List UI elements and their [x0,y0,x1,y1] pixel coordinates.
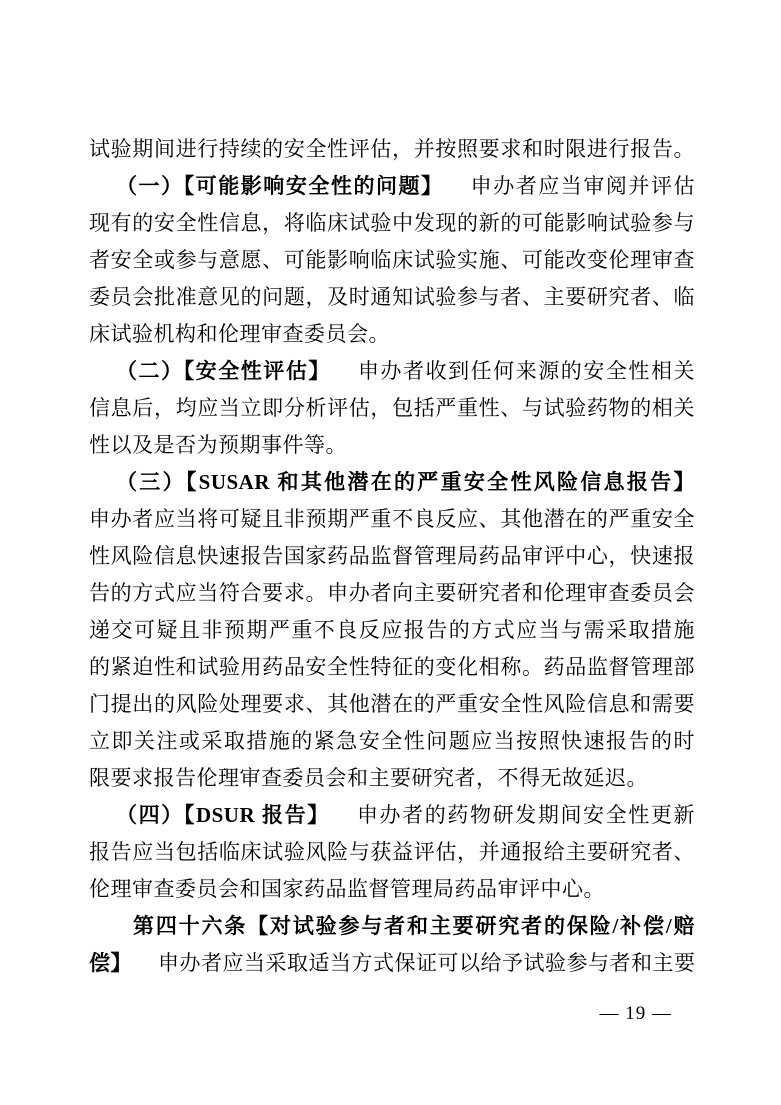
text-line: 委员会批准意见的问题，及时通知试验参与者、主要研究者、临 [89,279,695,316]
body-text: 申办者收到任何来源的安全性相关 [357,359,695,383]
text-line: 性以及是否为预期事件等。 [89,427,695,464]
text-line: 立即关注或采取措施的紧急安全性问题应当按照快速报告的时 [89,723,695,760]
text-line: 申办者应当将可疑且非预期严重不良反应、其他潜在的严重安全 [89,501,695,538]
text-line: 第四十六条【对试验参与者和主要研究者的保险/补偿/赔 [89,908,695,945]
text-line: 试验期间进行持续的安全性评估，并按照要求和时限进行报告。 [89,131,695,168]
body-text: 申办者应当审阅并评估 [470,174,695,198]
text-line: 者安全或参与意愿、可能影响临床试验实施、可能改变伦理审查 [89,242,695,279]
text-line: 现有的安全性信息，将临床试验中发现的新的可能影响试验参与 [89,205,695,242]
text-line: 门提出的风险处理要求、其他潜在的严重安全性风险信息和需要 [89,686,695,723]
section-heading-3: （三）【SUSAR 和其他潜在的严重安全性风险信息报告】 [116,470,695,494]
body-text: 申办者的药物研发期间安全性更新 [356,803,695,827]
document-text-block: 试验期间进行持续的安全性评估，并按照要求和时限进行报告。 （一）【可能影响安全性… [89,131,695,982]
text-line: 床试验机构和伦理审查委员会。 [89,316,695,353]
page-number: — 19 — [600,1001,673,1027]
section-heading-4: （四）【DSUR 报告】 [116,803,330,827]
text-line: （四）【DSUR 报告】申办者的药物研发期间安全性更新 [89,797,695,834]
text-line: 限要求报告伦理审查委员会和主要研究者，不得无故延迟。 [89,760,695,797]
text-line: 偿】申办者应当采取适当方式保证可以给予试验参与者和主要 [89,945,695,982]
text-line: （三）【SUSAR 和其他潜在的严重安全性风险信息报告】 [89,464,695,501]
text-line: （二）【安全性评估】申办者收到任何来源的安全性相关 [89,353,695,390]
section-heading-1: （一）【可能影响安全性的问题】 [116,174,444,198]
text-line: 伦理审查委员会和国家药品监督管理局药品审评中心。 [89,871,695,908]
text-line: 性风险信息快速报告国家药品监督管理局药品审评中心，快速报 [89,538,695,575]
text-line: 递交可疑且非预期严重不良反应报告的方式应当与需采取措施 [89,612,695,649]
body-text: 申办者应当采取适当方式保证可以给予试验参与者和主要 [158,951,695,975]
article-46-heading: 第四十六条【对试验参与者和主要研究者的保险/补偿/赔 [133,914,695,938]
article-46-heading-cont: 偿】 [89,951,132,975]
text-line: 信息后，均应当立即分析评估，包括严重性、与试验药物的相关 [89,390,695,427]
document-page: 试验期间进行持续的安全性评估，并按照要求和时限进行报告。 （一）【可能影响安全性… [0,0,781,1105]
text-line: 报告应当包括临床试验风险与获益评估，并通报给主要研究者、 [89,834,695,871]
text-line: 告的方式应当符合要求。申办者向主要研究者和伦理审查委员会 [89,575,695,612]
text-line: 的紧迫性和试验用药品安全性特征的变化相称。药品监督管理部 [89,649,695,686]
section-heading-2: （二）【安全性评估】 [116,359,331,383]
text-line: （一）【可能影响安全性的问题】申办者应当审阅并评估 [89,168,695,205]
